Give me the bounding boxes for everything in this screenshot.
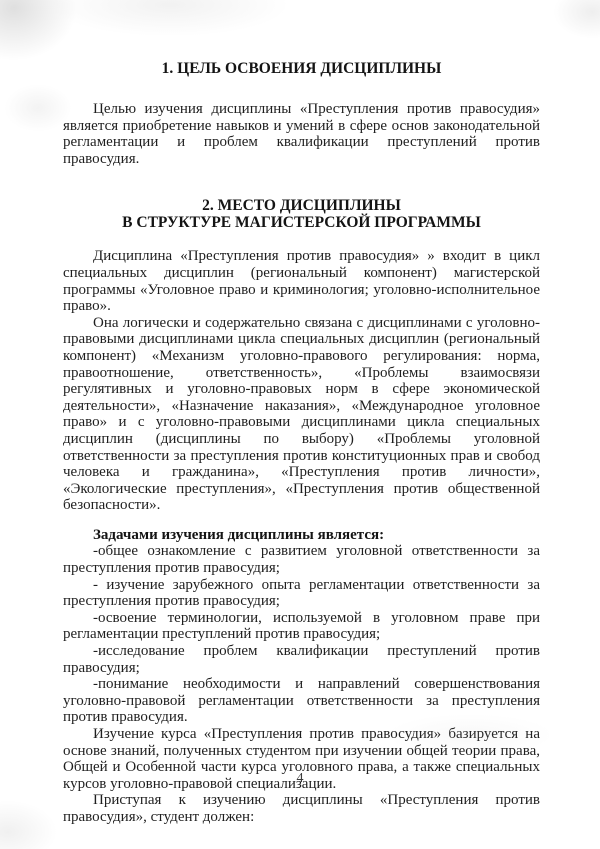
task-item: - изучение зарубежного опыта регламентац… bbox=[63, 577, 540, 610]
section-1-heading: 1. ЦЕЛЬ ОСВОЕНИЯ ДИСЦИПЛИНЫ bbox=[63, 60, 540, 77]
task-item: -исследование проблем квалификации прест… bbox=[63, 643, 540, 676]
page-number: 4 bbox=[0, 771, 600, 788]
section-2-paragraph-4: Приступая к изучению дисциплины «Преступ… bbox=[63, 792, 540, 825]
section-2-heading: 2. МЕСТО ДИСЦИПЛИНЫ В СТРУКТУРЕ МАГИСТЕР… bbox=[63, 197, 540, 231]
document-page: 1. ЦЕЛЬ ОСВОЕНИЯ ДИСЦИПЛИНЫ Целью изучен… bbox=[0, 0, 600, 849]
tasks-heading: Задачами изучения дисциплины является: bbox=[63, 527, 540, 544]
tasks-list: -общее ознакомление с развитием уголовно… bbox=[63, 543, 540, 726]
section-1-paragraph: Целью изучения дисциплины «Преступления … bbox=[63, 101, 540, 167]
section-2-paragraph-2: Она логически и содержательно связана с … bbox=[63, 315, 540, 514]
task-item: -понимание необходимости и направлений с… bbox=[63, 676, 540, 726]
section-2-heading-line-2: В СТРУКТУРЕ МАГИСТЕРСКОЙ ПРОГРАММЫ bbox=[63, 214, 540, 231]
task-item: -освоение терминологии, используемой в у… bbox=[63, 610, 540, 643]
task-item: -общее ознакомление с развитием уголовно… bbox=[63, 543, 540, 576]
section-2-heading-line-1: 2. МЕСТО ДИСЦИПЛИНЫ bbox=[63, 197, 540, 214]
section-2-paragraph-1: Дисциплина «Преступления против правосуд… bbox=[63, 248, 540, 314]
